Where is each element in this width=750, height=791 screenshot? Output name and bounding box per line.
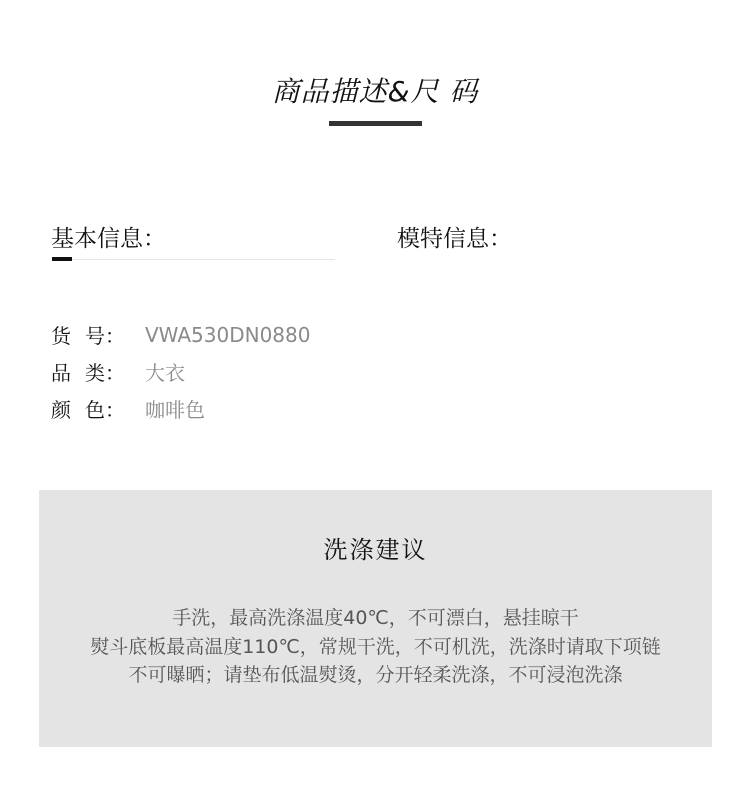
basic-info-underline xyxy=(52,259,335,260)
info-label-part: 品 xyxy=(51,357,75,386)
info-value-category: 大衣 xyxy=(145,357,185,386)
info-label-part: 货 xyxy=(51,320,75,349)
info-value-item-number: VWA530DN0880 xyxy=(145,323,310,347)
info-label-part: 颜 xyxy=(51,394,75,423)
care-text: 手洗，最高洗涤温度40℃，不可漂白，悬挂晾干 熨斗底板最高温度110℃，常规干洗… xyxy=(39,604,712,690)
care-instructions-panel: 洗涤建议 手洗，最高洗涤温度40℃，不可漂白，悬挂晾干 熨斗底板最高温度110℃… xyxy=(39,490,712,747)
info-row-category: 品 类： 大衣 xyxy=(51,353,310,390)
basic-info-heading: 基本信息： xyxy=(51,224,166,254)
page-title: 商品描述&尺 码 xyxy=(0,74,750,110)
title-divider-bar xyxy=(329,121,422,126)
care-line: 不可曝晒；请垫布低温熨烫，分开轻柔洗涤，不可浸泡洗涤 xyxy=(39,661,712,690)
info-label-part: 类： xyxy=(85,357,145,386)
info-row-item-number: 货 号： VWA530DN0880 xyxy=(51,316,310,353)
info-label: 品 类： xyxy=(51,357,145,386)
info-label-part: 号： xyxy=(85,320,145,349)
care-line: 手洗，最高洗涤温度40℃，不可漂白，悬挂晾干 xyxy=(39,604,712,633)
info-label: 货 号： xyxy=(51,320,145,349)
care-line: 熨斗底板最高温度110℃，常规干洗，不可机洗，洗涤时请取下项链 xyxy=(39,633,712,662)
info-value-color: 咖啡色 xyxy=(145,394,205,423)
info-label-part: 色： xyxy=(85,394,145,423)
basic-info-underline-accent xyxy=(52,257,72,261)
care-title: 洗涤建议 xyxy=(39,534,712,566)
basic-info-list: 货 号： VWA530DN0880 品 类： 大衣 颜 色： 咖啡色 xyxy=(51,316,310,427)
info-label: 颜 色： xyxy=(51,394,145,423)
info-row-color: 颜 色： 咖啡色 xyxy=(51,390,310,427)
model-info-heading: 模特信息： xyxy=(397,224,512,254)
